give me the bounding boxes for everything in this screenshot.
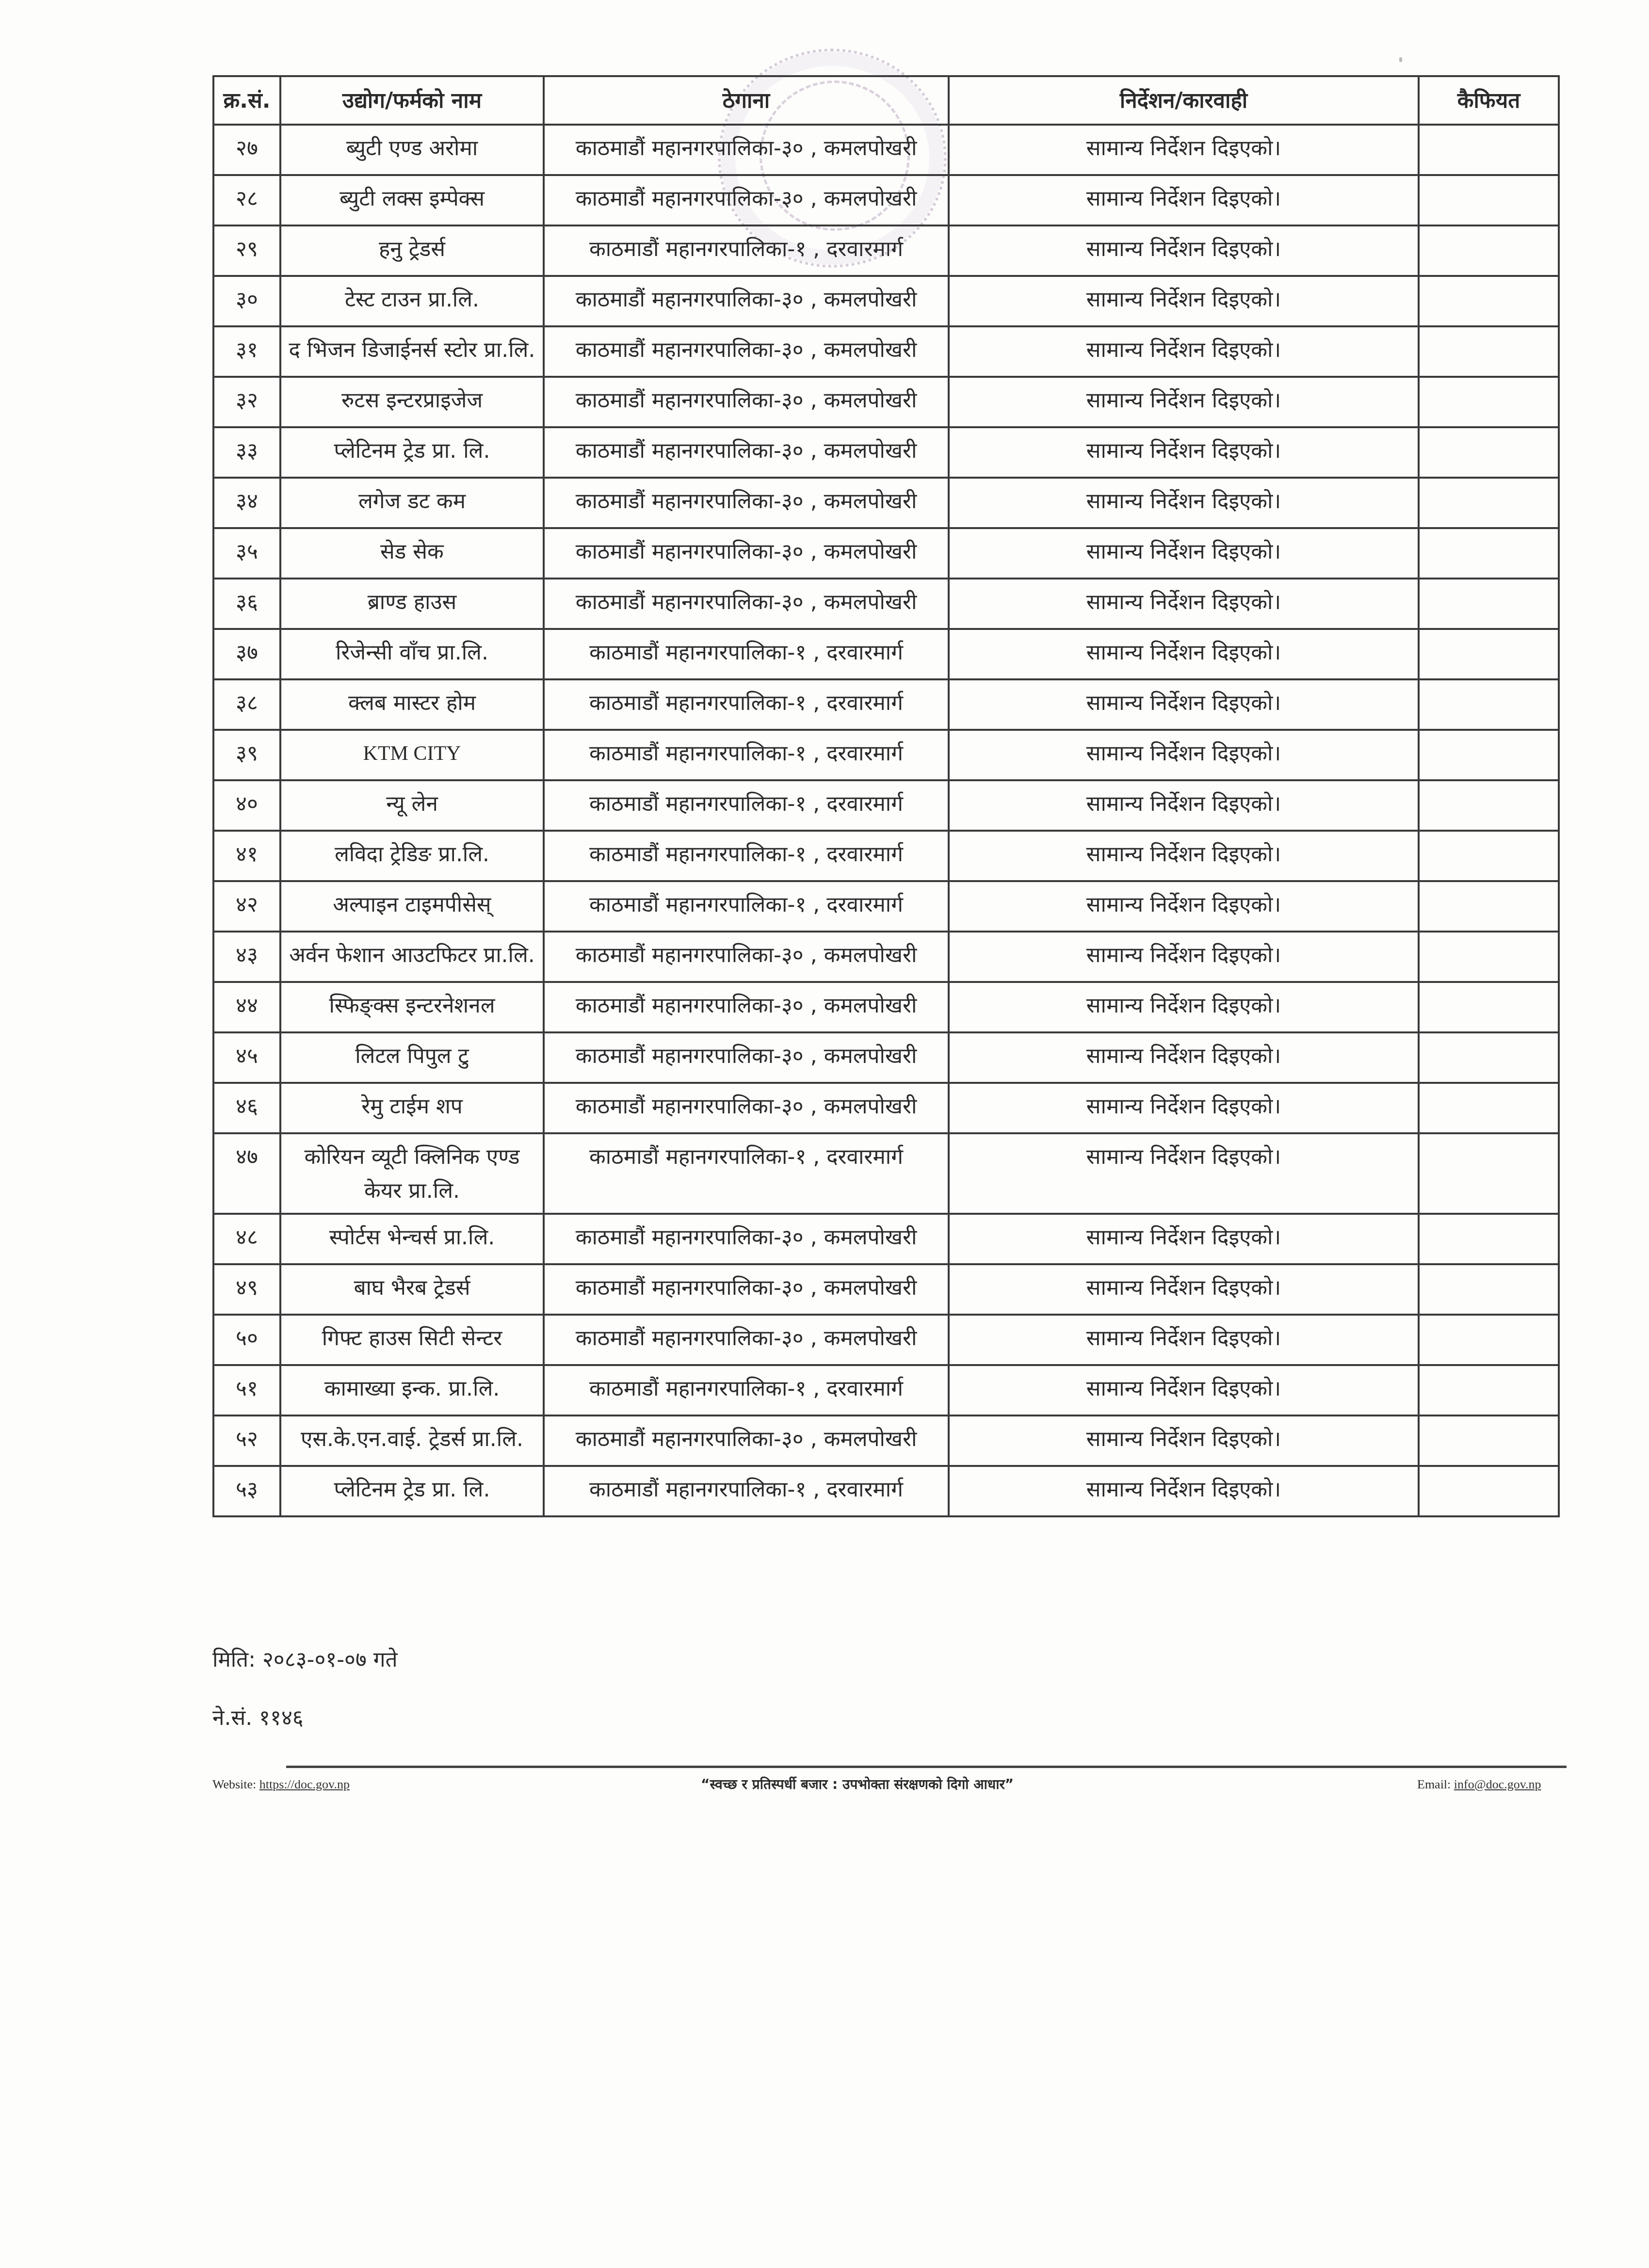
cell-address: काठमाडौं महानगरपालिका-३० , कमलपोखरी [544, 175, 949, 225]
cell-remarks [1419, 1032, 1559, 1083]
cell-serial-number: ४३ [213, 932, 280, 982]
cell-firm-name: प्लेटिनम ट्रेड प्रा. लि. [280, 427, 544, 478]
table-row: ५०गिफ्ट हाउस सिटी सेन्टरकाठमाडौं महानगरप… [213, 1315, 1559, 1365]
cell-direction-action: सामान्य निर्देशन दिइएको। [949, 1032, 1419, 1083]
cell-remarks [1419, 175, 1559, 225]
cell-remarks [1419, 1083, 1559, 1133]
cell-address: काठमाडौं महानगरपालिका-३० , कमलपोखरी [544, 1315, 949, 1365]
cell-serial-number: २९ [213, 225, 280, 276]
cell-serial-number: ३६ [213, 579, 280, 629]
cell-remarks [1419, 579, 1559, 629]
table-header-row: क्र.सं. उद्योग/फर्मको नाम ठेगाना निर्देश… [213, 76, 1559, 125]
footer-slogan: “स्वच्छ र प्रतिस्पर्धी बजार : उपभोक्ता स… [701, 1775, 1014, 1793]
table-row: ३८क्लब मास्टर होमकाठमाडौं महानगरपालिका-१… [213, 679, 1559, 730]
cell-firm-name: रिजेन्सी वाँच प्रा.लि. [280, 629, 544, 679]
cell-firm-name: कोरियन व्यूटी क्लिनिक एण्ड केयर प्रा.लि. [280, 1133, 544, 1214]
table-row: ३७रिजेन्सी वाँच प्रा.लि.काठमाडौं महानगरप… [213, 629, 1559, 679]
table-row: ३४लगेज डट कमकाठमाडौं महानगरपालिका-३० , क… [213, 478, 1559, 528]
cell-direction-action: सामान्य निर्देशन दिइएको। [949, 1466, 1419, 1516]
cell-direction-action: सामान्य निर्देशन दिइएको। [949, 1315, 1419, 1365]
cell-remarks [1419, 932, 1559, 982]
cell-direction-action: सामान्य निर्देशन दिइएको। [949, 1083, 1419, 1133]
cell-direction-action: सामान्य निर्देशन दिइएको। [949, 982, 1419, 1032]
email-link[interactable]: info@doc.gov.np [1454, 1777, 1541, 1791]
cell-remarks [1419, 679, 1559, 730]
cell-address: काठमाडौं महानगरपालिका-३० , कमलपोखरी [544, 982, 949, 1032]
table-row: ४८स्पोर्टस भेन्चर्स प्रा.लि.काठमाडौं महा… [213, 1214, 1559, 1264]
cell-remarks [1419, 427, 1559, 478]
cell-firm-name: ब्राण्ड हाउस [280, 579, 544, 629]
cell-direction-action: सामान्य निर्देशन दिइएको। [949, 125, 1419, 175]
cell-remarks [1419, 1264, 1559, 1315]
table-row: ४६रेमु टाईम शपकाठमाडौं महानगरपालिका-३० ,… [213, 1083, 1559, 1133]
cell-direction-action: सामान्य निर्देशन दिइएको। [949, 276, 1419, 326]
cell-direction-action: सामान्य निर्देशन दिइएको। [949, 225, 1419, 276]
table-row: ३६ब्राण्ड हाउसकाठमाडौं महानगरपालिका-३० ,… [213, 579, 1559, 629]
cell-firm-name: टेस्ट टाउन प्रा.लि. [280, 276, 544, 326]
table-row: ४९बाघ भैरब ट्रेडर्सकाठमाडौं महानगरपालिका… [213, 1264, 1559, 1315]
cell-direction-action: सामान्य निर्देशन दिइएको। [949, 780, 1419, 831]
cell-firm-name: क्लब मास्टर होम [280, 679, 544, 730]
cell-address: काठमाडौं महानगरपालिका-३० , कमलपोखरी [544, 1264, 949, 1315]
cell-direction-action: सामान्य निर्देशन दिइएको। [949, 831, 1419, 881]
cell-remarks [1419, 377, 1559, 427]
cell-serial-number: ४९ [213, 1264, 280, 1315]
cell-address: काठमाडौं महानगरपालिका-१ , दरवारमार्ग [544, 730, 949, 780]
cell-serial-number: ५० [213, 1315, 280, 1365]
cell-remarks [1419, 629, 1559, 679]
cell-address: काठमाडौं महानगरपालिका-१ , दरवारमार्ग [544, 629, 949, 679]
cell-serial-number: ४२ [213, 881, 280, 932]
cell-direction-action: सामान्य निर्देशन दिइएको। [949, 730, 1419, 780]
footer-email: Email: info@doc.gov.np [1417, 1777, 1541, 1792]
cell-address: काठमाडौं महानगरपालिका-३० , कमलपोखरी [544, 377, 949, 427]
nepal-sambat-year: ने.सं. ११४६ [212, 1702, 304, 1731]
cell-serial-number: ४५ [213, 1032, 280, 1083]
cell-serial-number: २८ [213, 175, 280, 225]
cell-firm-name: लगेज डट कम [280, 478, 544, 528]
cell-serial-number: ३७ [213, 629, 280, 679]
cell-address: काठमाडौं महानगरपालिका-१ , दरवारमार्ग [544, 780, 949, 831]
cell-serial-number: ४८ [213, 1214, 280, 1264]
cell-address: काठमाडौं महानगरपालिका-३० , कमलपोखरी [544, 427, 949, 478]
cell-serial-number: ३३ [213, 427, 280, 478]
cell-remarks [1419, 478, 1559, 528]
cell-address: काठमाडौं महानगरपालिका-३० , कमलपोखरी [544, 1214, 949, 1264]
cell-firm-name: प्लेटिनम ट्रेड प्रा. लि. [280, 1466, 544, 1516]
cell-direction-action: सामान्य निर्देशन दिइएको। [949, 579, 1419, 629]
cell-firm-name: बाघ भैरब ट्रेडर्स [280, 1264, 544, 1315]
cell-direction-action: सामान्य निर्देशन दिइएको। [949, 629, 1419, 679]
cell-direction-action: सामान्य निर्देशन दिइएको। [949, 1365, 1419, 1415]
table-row: ४४स्फिङ्क्स इन्टरनेशनलकाठमाडौं महानगरपाल… [213, 982, 1559, 1032]
cell-firm-name: अर्वन फेशान आउटफिटर प्रा.लि. [280, 932, 544, 982]
cell-serial-number: ५१ [213, 1365, 280, 1415]
cell-firm-name: ब्युटी लक्स इम्पेक्स [280, 175, 544, 225]
header-direction-action: निर्देशन/कारवाही [949, 76, 1419, 125]
cell-serial-number: ३८ [213, 679, 280, 730]
table-row: ३०टेस्ट टाउन प्रा.लि.काठमाडौं महानगरपालि… [213, 276, 1559, 326]
cell-serial-number: ३२ [213, 377, 280, 427]
cell-serial-number: ५२ [213, 1415, 280, 1466]
cell-address: काठमाडौं महानगरपालिका-१ , दरवारमार्ग [544, 679, 949, 730]
cell-serial-number: ३९ [213, 730, 280, 780]
table-body: २७ब्युटी एण्ड अरोमाकाठमाडौं महानगरपालिका… [213, 125, 1559, 1516]
cell-remarks [1419, 881, 1559, 932]
header-address: ठेगाना [544, 76, 949, 125]
cell-direction-action: सामान्य निर्देशन दिइएको। [949, 175, 1419, 225]
cell-address: काठमाडौं महानगरपालिका-१ , दरवारमार्ग [544, 831, 949, 881]
footer-website: Website: https://doc.gov.np [212, 1777, 350, 1792]
cell-direction-action: सामान्य निर्देशन दिइएको। [949, 1214, 1419, 1264]
table-row: २७ब्युटी एण्ड अरोमाकाठमाडौं महानगरपालिका… [213, 125, 1559, 175]
cell-remarks [1419, 276, 1559, 326]
table-row: २९हनु ट्रेडर्सकाठमाडौं महानगरपालिका-१ , … [213, 225, 1559, 276]
cell-address: काठमाडौं महानगरपालिका-१ , दरवारमार्ग [544, 1365, 949, 1415]
cell-address: काठमाडौं महानगरपालिका-३० , कमलपोखरी [544, 528, 949, 579]
cell-serial-number: ४१ [213, 831, 280, 881]
cell-direction-action: सामान्य निर्देशन दिइएको। [949, 528, 1419, 579]
cell-direction-action: सामान्य निर्देशन दिइएको। [949, 377, 1419, 427]
table-row: २८ब्युटी लक्स इम्पेक्सकाठमाडौं महानगरपाल… [213, 175, 1559, 225]
cell-serial-number: ४४ [213, 982, 280, 1032]
table-row: ३३प्लेटिनम ट्रेड प्रा. लि.काठमाडौं महानग… [213, 427, 1559, 478]
cell-direction-action: सामान्य निर्देशन दिइएको। [949, 326, 1419, 377]
cell-firm-name: हनु ट्रेडर्स [280, 225, 544, 276]
table-row: ४०न्यू लेनकाठमाडौं महानगरपालिका-१ , दरवा… [213, 780, 1559, 831]
cell-direction-action: सामान्य निर्देशन दिइएको। [949, 881, 1419, 932]
cell-firm-name: लविदा ट्रेडिङ प्रा.लि. [280, 831, 544, 881]
table-row: ५३प्लेटिनम ट्रेड प्रा. लि.काठमाडौं महानग… [213, 1466, 1559, 1516]
cell-firm-name: न्यू लेन [280, 780, 544, 831]
cell-firm-name: लिटल पिपुल टु [280, 1032, 544, 1083]
inspection-table: क्र.सं. उद्योग/फर्मको नाम ठेगाना निर्देश… [212, 75, 1560, 1517]
table-row: ३५सेड सेककाठमाडौं महानगरपालिका-३० , कमलप… [213, 528, 1559, 579]
cell-firm-name: रेमु टाईम शप [280, 1083, 544, 1133]
table-row: ४५लिटल पिपुल टुकाठमाडौं महानगरपालिका-३० … [213, 1032, 1559, 1083]
cell-remarks [1419, 982, 1559, 1032]
cell-remarks [1419, 125, 1559, 175]
scan-speck [1399, 57, 1402, 62]
cell-address: काठमाडौं महानगरपालिका-३० , कमलपोखरी [544, 1083, 949, 1133]
cell-firm-name: अल्पाइन टाइमपीसेस् [280, 881, 544, 932]
cell-serial-number: ३५ [213, 528, 280, 579]
cell-address: काठमाडौं महानगरपालिका-३० , कमलपोखरी [544, 276, 949, 326]
cell-remarks [1419, 1133, 1559, 1214]
table-row: ५२एस.के.एन.वाई. ट्रेडर्स प्रा.लि.काठमाडौ… [213, 1415, 1559, 1466]
table-row: ४१लविदा ट्रेडिङ प्रा.लि.काठमाडौं महानगरप… [213, 831, 1559, 881]
cell-address: काठमाडौं महानगरपालिका-१ , दरवारमार्ग [544, 1466, 949, 1516]
cell-remarks [1419, 1315, 1559, 1365]
cell-address: काठमाडौं महानगरपालिका-१ , दरवारमार्ग [544, 225, 949, 276]
cell-remarks [1419, 1214, 1559, 1264]
cell-firm-name: द भिजन डिजाईनर्स स्टोर प्रा.लि. [280, 326, 544, 377]
cell-direction-action: सामान्य निर्देशन दिइएको। [949, 427, 1419, 478]
cell-serial-number: ३१ [213, 326, 280, 377]
cell-direction-action: सामान्य निर्देशन दिइएको। [949, 932, 1419, 982]
cell-remarks [1419, 730, 1559, 780]
table-row: ३१द भिजन डिजाईनर्स स्टोर प्रा.लि.काठमाडौ… [213, 326, 1559, 377]
cell-address: काठमाडौं महानगरपालिका-३० , कमलपोखरी [544, 1032, 949, 1083]
table-row: ४३अर्वन फेशान आउटफिटर प्रा.लि.काठमाडौं म… [213, 932, 1559, 982]
table-row: ५१कामाख्या इन्क. प्रा.लि.काठमाडौं महानगर… [213, 1365, 1559, 1415]
cell-direction-action: सामान्य निर्देशन दिइएको। [949, 1133, 1419, 1214]
website-label: Website: [212, 1777, 259, 1791]
cell-address: काठमाडौं महानगरपालिका-३० , कमलपोखरी [544, 932, 949, 982]
cell-serial-number: २७ [213, 125, 280, 175]
cell-firm-name: एस.के.एन.वाई. ट्रेडर्स प्रा.लि. [280, 1415, 544, 1466]
cell-firm-name: सेड सेक [280, 528, 544, 579]
cell-remarks [1419, 528, 1559, 579]
document-date: मिति: २०८३-०१-०७ गते [212, 1644, 398, 1673]
email-label: Email: [1417, 1777, 1454, 1791]
cell-address: काठमाडौं महानगरपालिका-३० , कमलपोखरी [544, 326, 949, 377]
cell-firm-name: रुटस इन्टरप्राइजेज [280, 377, 544, 427]
header-serial-number: क्र.सं. [213, 76, 280, 125]
cell-firm-name: ब्युटी एण्ड अरोमा [280, 125, 544, 175]
table-row: ३९KTM CITYकाठमाडौं महानगरपालिका-१ , दरवा… [213, 730, 1559, 780]
cell-address: काठमाडौं महानगरपालिका-१ , दरवारमार्ग [544, 1133, 949, 1214]
cell-direction-action: सामान्य निर्देशन दिइएको। [949, 478, 1419, 528]
cell-serial-number: ५३ [213, 1466, 280, 1516]
header-firm-name: उद्योग/फर्मको नाम [280, 76, 544, 125]
cell-address: काठमाडौं महानगरपालिका-३० , कमलपोखरी [544, 125, 949, 175]
cell-remarks [1419, 780, 1559, 831]
cell-address: काठमाडौं महानगरपालिका-१ , दरवारमार्ग [544, 881, 949, 932]
cell-direction-action: सामान्य निर्देशन दिइएको। [949, 679, 1419, 730]
cell-address: काठमाडौं महानगरपालिका-३० , कमलपोखरी [544, 478, 949, 528]
cell-remarks [1419, 326, 1559, 377]
cell-direction-action: सामान्य निर्देशन दिइएको। [949, 1415, 1419, 1466]
cell-direction-action: सामान्य निर्देशन दिइएको। [949, 1264, 1419, 1315]
cell-remarks [1419, 1365, 1559, 1415]
cell-address: काठमाडौं महानगरपालिका-३० , कमलपोखरी [544, 579, 949, 629]
cell-remarks [1419, 1415, 1559, 1466]
cell-firm-name: कामाख्या इन्क. प्रा.लि. [280, 1365, 544, 1415]
cell-remarks [1419, 831, 1559, 881]
header-remarks: कैफियत [1419, 76, 1559, 125]
cell-serial-number: ३४ [213, 478, 280, 528]
footer-divider [286, 1766, 1567, 1768]
cell-firm-name: गिफ्ट हाउस सिटी सेन्टर [280, 1315, 544, 1365]
cell-serial-number: ४० [213, 780, 280, 831]
cell-serial-number: ४६ [213, 1083, 280, 1133]
cell-address: काठमाडौं महानगरपालिका-३० , कमलपोखरी [544, 1415, 949, 1466]
cell-remarks [1419, 225, 1559, 276]
cell-remarks [1419, 1466, 1559, 1516]
cell-serial-number: ३० [213, 276, 280, 326]
cell-serial-number: ४७ [213, 1133, 280, 1214]
cell-firm-name: KTM CITY [280, 730, 544, 780]
table-row: ४२अल्पाइन टाइमपीसेस्काठमाडौं महानगरपालिक… [213, 881, 1559, 932]
cell-firm-name: स्फिङ्क्स इन्टरनेशनल [280, 982, 544, 1032]
cell-firm-name: स्पोर्टस भेन्चर्स प्रा.लि. [280, 1214, 544, 1264]
website-link[interactable]: https://doc.gov.np [259, 1777, 350, 1791]
table-row: ३२रुटस इन्टरप्राइजेजकाठमाडौं महानगरपालिक… [213, 377, 1559, 427]
table-row: ४७कोरियन व्यूटी क्लिनिक एण्ड केयर प्रा.ल… [213, 1133, 1559, 1214]
